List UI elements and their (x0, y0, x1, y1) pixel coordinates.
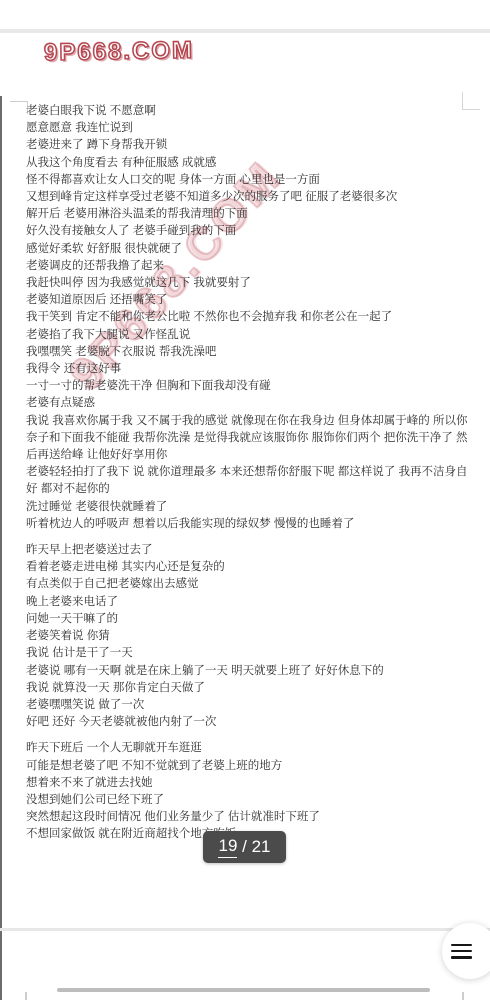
story-line: 老婆进来了 蹲下身帮我开锁 (26, 137, 473, 154)
story-line: 我嘿嘿笑 老婆脱下衣服说 帮我洗澡吧 (26, 344, 473, 361)
current-page-number[interactable]: 19 (218, 836, 237, 858)
reading-progress-bar[interactable] (57, 988, 430, 992)
story-line: 怪不得都喜欢让女人口交的呢 身体一方面 心里也是一方面 (26, 172, 473, 189)
story-line: 一寸一寸的帮老婆洗干净 但胸和下面我却没有碰 (26, 378, 473, 395)
story-line: 想着来不来了就进去找她 (26, 775, 473, 792)
story-line: 感觉好柔软 好舒服 很快就硬了 (26, 241, 473, 258)
story-line: 老婆嘿嘿笑说 做了一次 (26, 697, 473, 714)
site-watermark-logo: 9P668.COM (44, 37, 195, 68)
menu-fab-button[interactable] (442, 923, 490, 979)
story-line: 老婆掐了我下大腿说 又作怪乱说 (26, 327, 473, 344)
story-line: 有点类似于自己把老婆嫁出去感觉 (26, 576, 473, 593)
total-page-number: 21 (252, 837, 271, 857)
page-indicator-badge[interactable]: 19 / 21 (203, 831, 286, 863)
story-line: 洗过睡觉 老婆很快就睡着了 (26, 499, 473, 516)
story-line (26, 731, 473, 740)
story-line: 老婆笑着说 你猜 (26, 628, 473, 645)
hamburger-menu-icon (451, 944, 472, 959)
story-line: 看着老婆走进电梯 其实内心还是复杂的 (26, 559, 473, 576)
story-line: 老婆说 哪有一天啊 就是在床上躺了一天 明天就要上班了 好好休息下的 (26, 663, 473, 680)
page-bottom-separator (0, 928, 490, 931)
story-line: 好久没有接触女人了 老婆手碰到我的下面 (26, 223, 473, 240)
story-line: 昨天下班后 一个人无聊就开车逛逛 (26, 740, 473, 757)
story-line: 我得令 还有这好事 (26, 361, 473, 378)
story-line: 老婆调皮的还帮我撸了起来 (26, 258, 473, 275)
story-line: 我赶快叫停 因为我感觉就这几下 我就要射了 (26, 275, 473, 292)
story-line: 老婆轻轻拍打了我下 说 就你道理最多 本来还想帮你舒服下呢 都这样说了 我再不洁… (26, 464, 473, 498)
story-line: 解开后 老婆用淋浴头温柔的帮我清理的下面 (26, 206, 473, 223)
story-line: 突然想起这段时间情况 他们业务量少了 估计就准时下班了 (26, 809, 473, 826)
story-line: 我干笑到 肯定不能和你老公比啦 不然你也不会抛弃我 和你老公在一起了 (26, 309, 473, 326)
story-line: 听着枕边人的呼吸声 想着以后我能实现的绿奴梦 慢慢的也睡着了 (26, 516, 473, 533)
story-line: 问她一天干嘛了的 (26, 611, 473, 628)
page-top-separator (0, 29, 490, 33)
story-line (26, 533, 473, 542)
story-line: 好吧 还好 今天老婆就被他内射了一次 (26, 714, 473, 731)
story-line: 老婆知道原因后 还捂嘴笑了 (26, 292, 473, 309)
story-line: 从我这个角度看去 有种征服感 成就感 (26, 155, 473, 172)
story-line: 老婆白眼我下说 不愿意啊 (26, 103, 473, 120)
reader-screen: 9P668.COM 9P668.COM 老婆白眼我下说 不愿意啊愿意愿意 我连忙… (0, 0, 490, 1000)
story-line: 我说 就算没一天 那你肯定白天做了 (26, 680, 473, 697)
story-line: 又想到峰肯定这样享受过老婆不知道多少次的服务了吧 征服了老婆很多次 (26, 189, 473, 206)
page-corner-mark-bottom-right (462, 992, 464, 1000)
story-line: 我说 我喜欢你属于我 又不属于我的感觉 就像现在你在我身边 但身体却属于峰的 所… (26, 413, 473, 465)
story-text: 老婆白眼我下说 不愿意啊愿意愿意 我连忙说到老婆进来了 蹲下身帮我开锁从我这个角… (26, 103, 473, 844)
page-left-edge (0, 96, 2, 1000)
story-line: 我说 估计是干了一天 (26, 645, 473, 662)
page-corner-mark-bottom-left (25, 992, 27, 1000)
story-line: 愿意愿意 我连忙说到 (26, 120, 473, 137)
story-line: 没想到她们公司已经下班了 (26, 792, 473, 809)
story-line: 晚上老婆来电话了 (26, 594, 473, 611)
page-separator: / (237, 837, 251, 857)
story-line: 老婆有点疑惑 (26, 395, 473, 412)
story-line: 昨天早上把老婆送过去了 (26, 542, 473, 559)
story-line: 可能是想老婆了吧 不知不觉就到了老婆上班的地方 (26, 758, 473, 775)
